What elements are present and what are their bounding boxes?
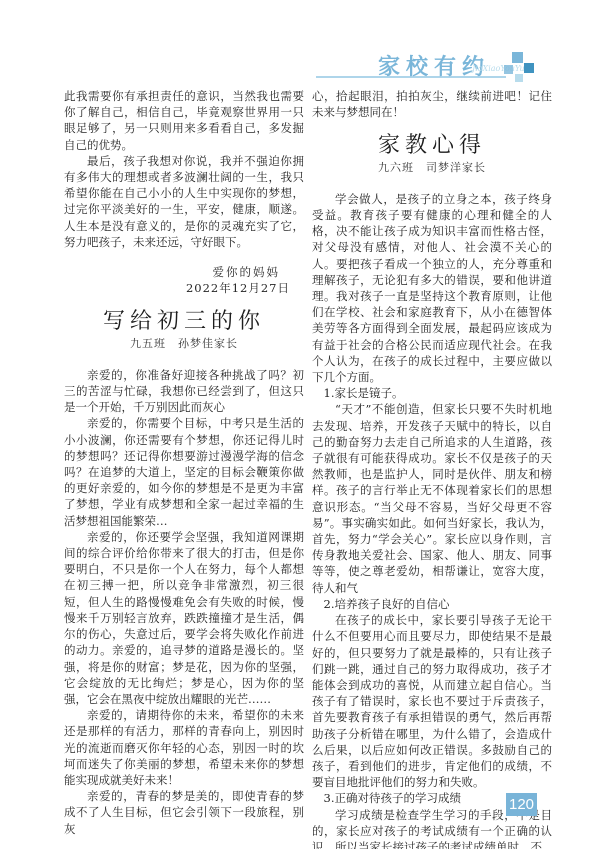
letter-signature: 爱你的妈妈 bbox=[64, 264, 304, 280]
section-title-pinyin: JiaXiaoYouYue bbox=[472, 64, 529, 73]
pixel-block bbox=[512, 52, 523, 63]
magazine-page: 家校有约 JiaXiaoYouYue 此我需要你有承担责任的意识，当然我也需要你… bbox=[0, 0, 600, 849]
paragraph: 亲爱的，你还要学会坚强，我知道网课期间的综合评价给你带来了很大的打击，但是你要明… bbox=[64, 529, 304, 707]
pixel-block bbox=[515, 74, 523, 82]
paragraph: 最后，孩子我想对你说，我并不强迫你拥有多伟大的理想或者多波澜壮阔的一生，我只希望… bbox=[64, 153, 304, 250]
article-byline: 九五班 孙梦佳家长 bbox=[64, 336, 304, 352]
page-number-badge: 120 bbox=[506, 793, 537, 816]
article-title: 家教心得 bbox=[312, 138, 552, 154]
letter-ending: 此我需要你有承担责任的意识，当然我也需要你了解自己，相信自己，毕竟观察世界用一只… bbox=[64, 88, 304, 250]
letter-ending-continued: 心，拾起眼泪，拍拍灰尘，继续前进吧！记住未来与梦想同在！ bbox=[312, 88, 552, 120]
paragraph: 学会做人，是孩子的立身之本，孩子终身受益。教育孩子要有健康的心理和健全的人格，决… bbox=[312, 191, 552, 385]
paragraph: 此我需要你有承担责任的意识，当然我也需要你了解自己，相信自己，毕竟观察世界用一只… bbox=[64, 88, 304, 153]
sub-heading: 2.培养孩子良好的自信心 bbox=[312, 596, 552, 612]
article-body: 学会做人，是孩子的立身之本，孩子终身受益。教育孩子要有健康的心理和健全的人格，决… bbox=[312, 191, 552, 849]
letter-date: 2022年12月27日 bbox=[64, 280, 304, 296]
pixel-block bbox=[524, 63, 534, 73]
article-title: 写给初三的你 bbox=[64, 314, 304, 330]
paragraph: 亲爱的，你准备好迎接各种挑战了吗？初三的苦涩与忙碌，我想你已经尝到了，但这只是一… bbox=[64, 367, 304, 416]
right-column: 心，拾起眼泪，拍拍灰尘，继续前进吧！记住未来与梦想同在！ 家教心得 九六班 司梦… bbox=[312, 88, 552, 849]
article-body: 亲爱的，你准备好迎接各种挑战了吗？初三的苦涩与忙碌，我想你已经尝到了，但这只是一… bbox=[64, 367, 304, 837]
paragraph: 亲爱的，青春的梦是美的，即使青春的梦成不了人生目标，但它会引领下一段旅程，别灰 bbox=[64, 788, 304, 837]
paragraph: “天才”不能创造，但家长只要不失时机地去发现、培养，开发孩子天赋中的特长，以自己… bbox=[312, 401, 552, 595]
paragraph: 亲爱的，你需要个目标，中考只是生活的小小波澜，你还需要有个梦想，你还记得儿时的梦… bbox=[64, 415, 304, 528]
paragraph: 亲爱的，请期待你的未来，希望你的未来还是那样的有活力，那样的青春向上，别因时光的… bbox=[64, 707, 304, 788]
pixel-block bbox=[504, 65, 513, 74]
paragraph: 心，拾起眼泪，拍拍灰尘，继续前进吧！记住未来与梦想同在！ bbox=[312, 88, 552, 120]
paragraph: 在孩子的成长中，家长要引导孩子无论干什么不但要用心而且要尽力，即使结果不是最好的… bbox=[312, 612, 552, 790]
article-byline: 九六班 司梦洋家长 bbox=[312, 160, 552, 176]
left-column: 此我需要你有承担责任的意识，当然我也需要你了解自己，相信自己，毕竟观察世界用一只… bbox=[64, 88, 304, 837]
sub-heading: 1.家长是镜子。 bbox=[312, 385, 552, 401]
